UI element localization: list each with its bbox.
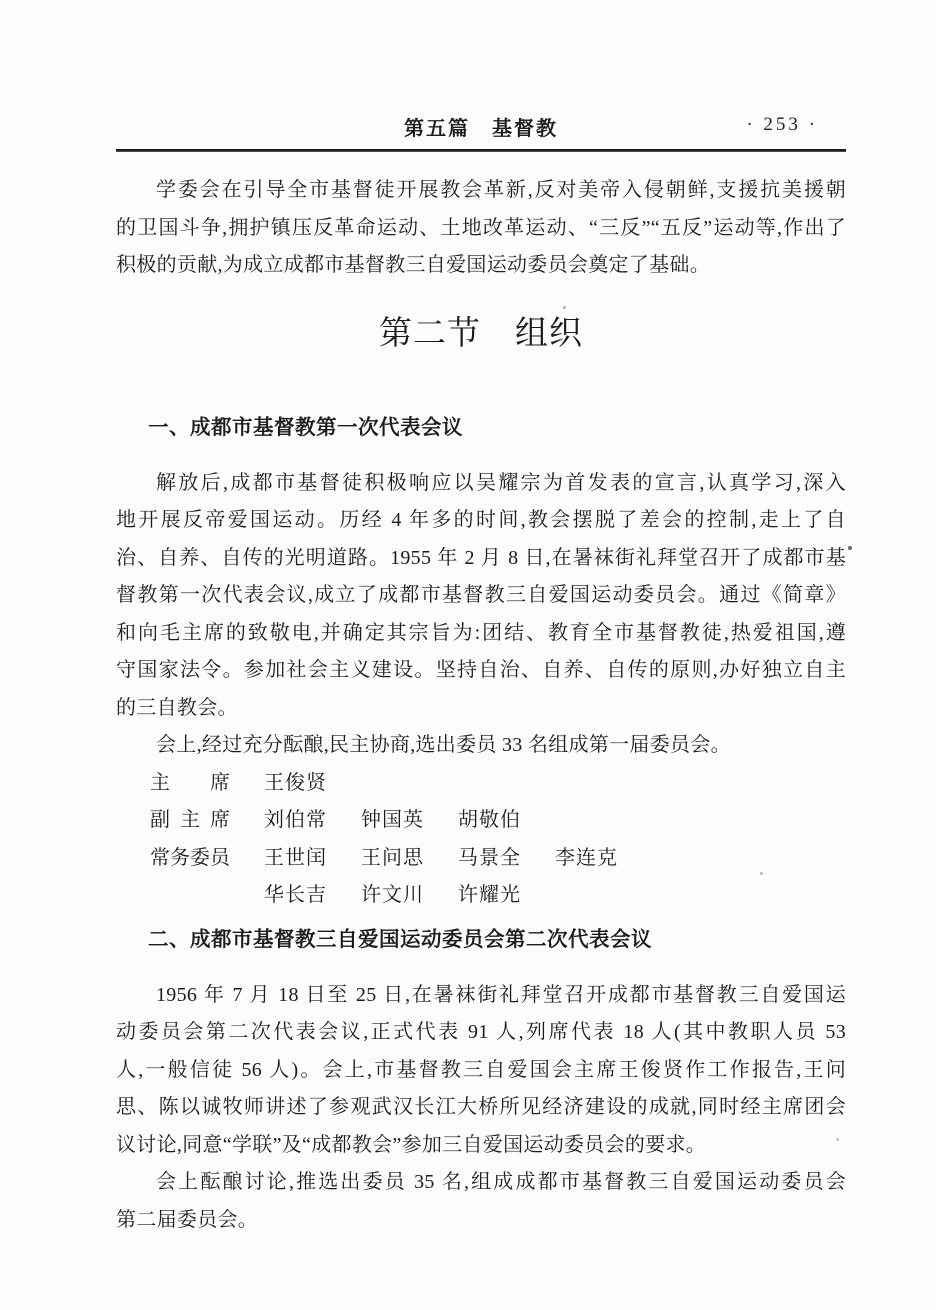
roster-row: 副主席 刘伯常 钟国英 胡敬伯 xyxy=(150,802,846,840)
roster-row: 常务委员 王世闰 王问思 马景全 李连克 xyxy=(150,840,846,878)
intro-paragraph: 学委会在引导全市基督徒开展教会革新,反对美帝入侵朝鲜,支援抗美援朝 的卫国斗争,… xyxy=(116,172,846,285)
paragraph-line: 学委会在引导全市基督徒开展教会革新,反对美帝入侵朝鲜,支援抗美援朝 xyxy=(116,172,846,210)
roster-name: 华长吉 xyxy=(264,877,327,915)
scan-speck xyxy=(563,306,566,309)
roster-row: 主席 王俊贤 xyxy=(150,765,846,803)
header-rule xyxy=(116,149,846,152)
roster-name: 钟国英 xyxy=(361,802,424,840)
paragraph-line: 思、陈以诚牧师讲述了参观武汉长江大桥所见经济建设的成就,同时经主席团会 xyxy=(116,1089,846,1127)
roster-label: 副主席 xyxy=(150,802,230,840)
roster-name: 王问思 xyxy=(361,840,424,878)
roster-name: 王世闰 xyxy=(264,840,327,878)
note-line: 会上,经过充分酝酿,民主协商,选出委员 33 名组成第一届委员会。 xyxy=(116,727,846,765)
paragraph-line: 的三自教会。 xyxy=(116,690,846,728)
paragraph-line: 议讨论,同意“学联”及“成都教会”参加三自爱国运动委员会的要求。 xyxy=(116,1127,846,1165)
paragraph-line: 人,一般信徒 56 人)。会上,市基督教三自爱国会主席王俊贤作工作报告,王问 xyxy=(116,1052,846,1090)
roster-name: 马景全 xyxy=(458,840,521,878)
subsection-1-paragraph: 解放后,成都市基督徒积极响应以吴耀宗为首发表的宣言,认真学习,深入 地开展反帝爱… xyxy=(116,465,846,765)
roster-name: 刘伯常 xyxy=(264,802,327,840)
section-title: 第二节 组织 xyxy=(116,311,846,357)
page-content: 第五篇 基督教 · 253 · 学委会在引导全市基督徒开展教会革新,反对美帝入侵… xyxy=(116,0,846,1239)
running-head-title: 第五篇 基督教 xyxy=(116,112,846,141)
paragraph-line: 和向毛主席的致敬电,并确定其宗旨为:团结、教育全市基督教徒,热爱祖国,遵 xyxy=(116,615,846,653)
scan-speck xyxy=(760,872,763,875)
subsection-2-paragraph: 1956 年 7 月 18 日至 25 日,在暑袜街礼拜堂召开成都市基督教三自爱… xyxy=(116,977,846,1240)
paragraph-line: 的卫国斗争,拥护镇压反革命运动、土地改革运动、“三反”“五反”运动等,作出了 xyxy=(116,210,846,248)
committee-roster: 主席 王俊贤 副主席 刘伯常 钟国英 胡敬伯 常务委员 王世闰 王问思 马景全 … xyxy=(116,765,846,915)
paragraph-line: 解放后,成都市基督徒积极响应以吴耀宗为首发表的宣言,认真学习,深入 xyxy=(116,465,846,503)
paragraph-line: 1956 年 7 月 18 日至 25 日,在暑袜街礼拜堂召开成都市基督教三自爱… xyxy=(116,977,846,1015)
paragraph-line: 第二届委员会。 xyxy=(116,1202,846,1240)
subsection-heading-1: 一、成都市基督教第一次代表会议 xyxy=(116,413,846,443)
scanned-book-page: 第五篇 基督教 · 253 · 学委会在引导全市基督徒开展教会革新,反对美帝入侵… xyxy=(0,0,936,1310)
paragraph-line: 督教第一次代表会议,成立了成都市基督教三自爱国运动委员会。通过《简章》 xyxy=(116,577,846,615)
roster-label: 主席 xyxy=(150,765,230,803)
page-number: · 253 · xyxy=(746,114,818,136)
roster-name: 许耀光 xyxy=(458,877,521,915)
roster-name: 许文川 xyxy=(361,877,424,915)
roster-name: 胡敬伯 xyxy=(458,802,521,840)
roster-name: 李连克 xyxy=(555,840,618,878)
page-header: 第五篇 基督教 · 253 · xyxy=(116,112,846,142)
paragraph-line: 积极的贡献,为成立成都市基督教三自爱国运动委员会奠定了基础。 xyxy=(116,247,846,285)
roster-name: 王俊贤 xyxy=(264,765,327,803)
paragraph-line: 地开展反帝爱国运动。历经 4 年多的时间,教会摆脱了差会的控制,走上了自 xyxy=(116,502,846,540)
roster-label: 常务委员 xyxy=(150,840,230,878)
scan-speck xyxy=(836,1138,839,1141)
scan-speck xyxy=(848,546,852,550)
paragraph-line: 动委员会第二次代表会议,正式代表 91 人,列席代表 18 人(其中教职人员 5… xyxy=(116,1014,846,1052)
subsection-heading-2: 二、成都市基督教三自爱国运动委员会第二次代表会议 xyxy=(116,925,846,955)
paragraph-line: 守国家法令。参加社会主义建设。坚持自治、自养、自传的原则,办好独立自主 xyxy=(116,652,846,690)
paragraph-line: 会上酝酿讨论,推选出委员 35 名,组成成都市基督教三自爱国运动委员会 xyxy=(116,1164,846,1202)
paragraph-line: 治、自养、自传的光明道路。1955 年 2 月 8 日,在暑袜街礼拜堂召开了成都… xyxy=(116,540,846,578)
roster-row: 华长吉 许文川 许耀光 xyxy=(150,877,846,915)
